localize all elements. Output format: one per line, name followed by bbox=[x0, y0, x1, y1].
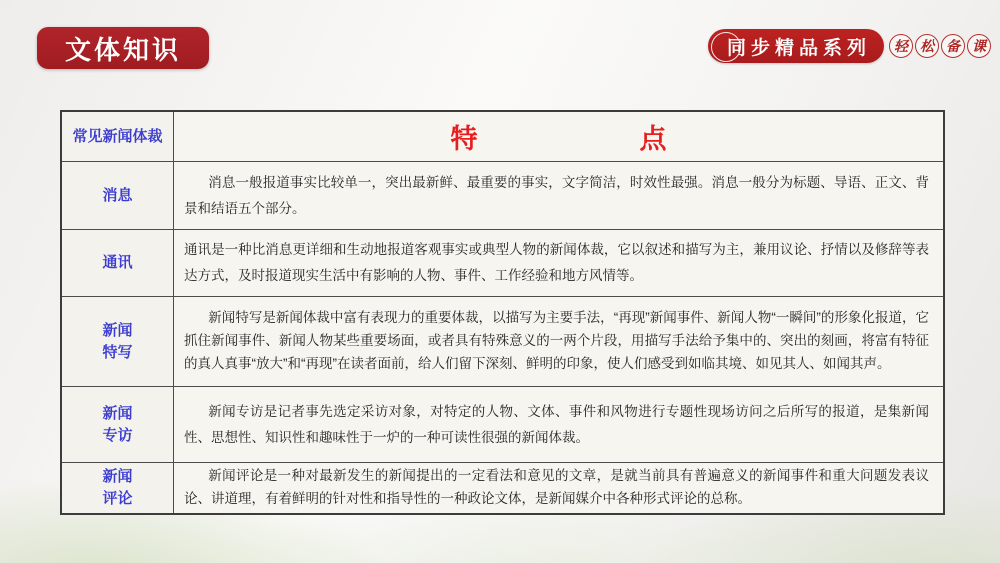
circle-badge: 松 bbox=[915, 34, 939, 58]
feature-header-cell: 特 点 bbox=[174, 112, 943, 161]
feature-text: 通讯是一种比消息更详细和生动地报道客观事实或典型人物的新闻体裁，它以叙述和描写为… bbox=[184, 237, 929, 289]
genre-cell: 消息 bbox=[62, 162, 174, 229]
genre-cell: 通讯 bbox=[62, 230, 174, 296]
feature-text: 消息一般报道事实比较单一，突出最新鲜、最重要的事实，文字简洁，时效性最强。消息一… bbox=[184, 170, 929, 222]
title-badge: 文体知识 bbox=[37, 27, 209, 69]
circle-badge: 课 bbox=[967, 34, 991, 58]
title-badge-label: 文体知识 bbox=[65, 30, 181, 67]
genre-cell: 新闻 特写 bbox=[62, 297, 174, 386]
genre-header-cell: 常见新闻体裁 bbox=[62, 112, 174, 161]
feature-cell: 新闻评论是一种对最新发生的新闻提出的一定看法和意见的文章，是就当前具有普遍意义的… bbox=[174, 463, 943, 513]
table-row: 新闻 专访 新闻专访是记者事先选定采访对象，对特定的人物、文体、事件和风物进行专… bbox=[62, 386, 943, 462]
easy-prep-circles: 轻 松 备 课 bbox=[889, 34, 991, 58]
feature-text: 新闻评论是一种对最新发生的新闻提出的一定看法和意见的文章，是就当前具有普遍意义的… bbox=[184, 465, 929, 510]
circle-badge: 轻 bbox=[889, 34, 913, 58]
table-header-row: 常见新闻体裁 特 点 bbox=[62, 112, 943, 161]
table-row: 新闻 特写 新闻特写是新闻体裁中富有表现力的重要体裁，以描写为主要手法，“再现”… bbox=[62, 296, 943, 386]
feature-text: 新闻专访是记者事先选定采访对象，对特定的人物、文体、事件和风物进行专题性现场访问… bbox=[184, 399, 929, 451]
genre-cell: 新闻 专访 bbox=[62, 387, 174, 462]
feature-cell: 新闻特写是新闻体裁中富有表现力的重要体裁，以描写为主要手法，“再现”新闻事件、新… bbox=[174, 297, 943, 386]
slide-background: 文体知识 同步精品系列 轻 松 备 课 常见新闻体裁 特 点 消息 消息一般报道… bbox=[0, 0, 1000, 563]
circle-badge: 备 bbox=[941, 34, 965, 58]
series-badge: 同步精品系列 bbox=[708, 29, 884, 63]
feature-cell: 通讯是一种比消息更详细和生动地报道客观事实或典型人物的新闻体裁，它以叙述和描写为… bbox=[174, 230, 943, 296]
feature-cell: 消息一般报道事实比较单一，突出最新鲜、最重要的事实，文字简洁，时效性最强。消息一… bbox=[174, 162, 943, 229]
feature-text: 新闻特写是新闻体裁中富有表现力的重要体裁，以描写为主要手法，“再现”新闻事件、新… bbox=[184, 307, 929, 375]
series-badge-label: 同步精品系列 bbox=[727, 33, 871, 60]
genre-cell: 新闻 评论 bbox=[62, 463, 174, 513]
table-row: 新闻 评论 新闻评论是一种对最新发生的新闻提出的一定看法和意见的文章，是就当前具… bbox=[62, 462, 943, 513]
table-row: 消息 消息一般报道事实比较单一，突出最新鲜、最重要的事实，文字简洁，时效性最强。… bbox=[62, 161, 943, 229]
genre-table: 常见新闻体裁 特 点 消息 消息一般报道事实比较单一，突出最新鲜、最重要的事实，… bbox=[60, 110, 945, 515]
feature-cell: 新闻专访是记者事先选定采访对象，对特定的人物、文体、事件和风物进行专题性现场访问… bbox=[174, 387, 943, 462]
table-row: 通讯 通讯是一种比消息更详细和生动地报道客观事实或典型人物的新闻体裁，它以叙述和… bbox=[62, 229, 943, 296]
